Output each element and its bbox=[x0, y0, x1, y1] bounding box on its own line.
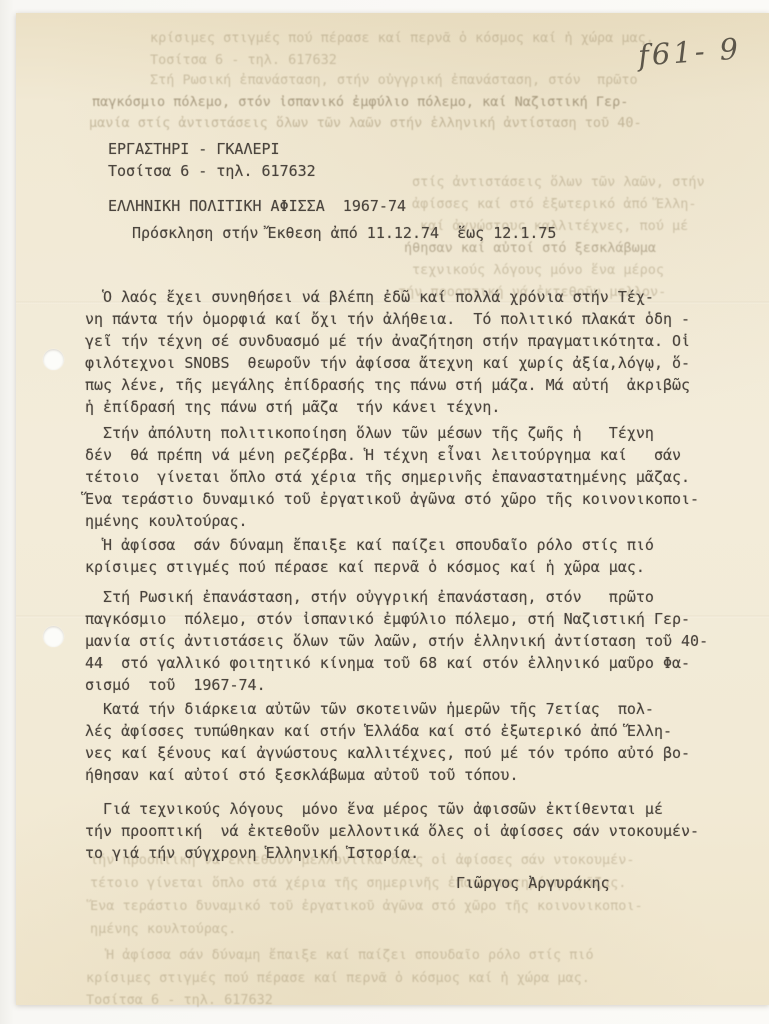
handwritten-catalog-number: f61- 9 bbox=[637, 31, 742, 72]
invitation-dates-line: Πρόσκληση στήν Ἔκθεση ἀπό 11.12.74 ἕως 1… bbox=[132, 222, 556, 244]
bleedthrough-line: Τοσίτσα 6 - τηλ. 617632 bbox=[150, 49, 337, 71]
body-paragraph: Γιά τεχνικούς λόγους μόνο ἕνα μέρος τῶν … bbox=[85, 798, 699, 864]
body-paragraph: Ὁ λαός ἔχει συνηθήσει νά βλέπη ἐδῶ καί π… bbox=[85, 286, 690, 418]
bleedthrough-line: παγκόσμιο πόλεμο, στόν ἰσπανικό ἐμφύλιο … bbox=[92, 91, 628, 113]
bleedthrough-line: στίς ἀντιστάσεις ὅλων τῶν λαῶν, στήν bbox=[412, 171, 705, 193]
paper-sheet: κρίσιμες στιγμές πού πέρασε καί περνᾶ ὁ … bbox=[16, 13, 769, 1005]
body-paragraph: Ἡ ἀφίσσα σάν δύναμη ἔπαιξε καί παίζει σπ… bbox=[85, 534, 654, 578]
bleedthrough-line: μανία στίς ἀντιστάσεις ὅλων τῶν λαῶν στή… bbox=[89, 112, 642, 134]
bleedthrough-line: Τοσίτσα 6 - τηλ. 617632 bbox=[86, 989, 273, 1011]
gallery-address-phone: Τοσίτσα 6 - τηλ. 617632 bbox=[108, 160, 316, 182]
bleedthrough-line: ἀφίσσες καί στό ἐξωτερικό ἀπό Ἕλλη- bbox=[412, 193, 696, 215]
bleedthrough-line: κρίσιμες στιγμές πού πέρασε καί περνᾶ ὁ … bbox=[150, 27, 654, 49]
bleedthrough-line: τεχνικούς λόγους μόνο ἕνα μέρος bbox=[412, 259, 664, 281]
author-signature: Γιῶργος Ἀργυράκης bbox=[456, 872, 610, 894]
gallery-name: ΕΡΓΑΣΤΗΡΙ - ΓΚΑΛΕΡΙ bbox=[108, 138, 280, 160]
bleedthrough-line: Ἕνα τεράστιο δυναμικό τοῦ ἐργατικοῦ ἀγῶν… bbox=[90, 895, 643, 917]
bleedthrough-line: ημένης κουλτούρας. bbox=[90, 918, 236, 940]
body-paragraph: Στή Ρωσική ἐπανάσταση, στήν οὐγγρική ἐπα… bbox=[85, 586, 708, 696]
bleedthrough-line: Στή Ρωσική ἐπανάσταση, στήν οὐγγρική ἐπα… bbox=[150, 69, 638, 91]
punch-hole-bottom bbox=[43, 626, 64, 647]
body-paragraph: Κατά τήν διάρκεια αὐτῶν τῶν σκοτεινῶν ἡμ… bbox=[85, 698, 690, 786]
exhibition-title: ΕΛΛΗΝΙΚΗ ΠΟΛΙΤΙΚΗ ΑΦΙΣΣΑ 1967-74 bbox=[108, 195, 406, 217]
body-paragraph: Στήν ἀπόλυτη πολιτικοποίηση ὅλων τῶν μέσ… bbox=[85, 422, 699, 532]
punch-hole-top bbox=[43, 349, 64, 370]
bleedthrough-line: κρίσιμες στιγμές πού πέρασε καί περνᾶ ὁ … bbox=[86, 967, 590, 989]
bleedthrough-line: Ἡ ἀφίσσα σάν δύναμη ἔπαιξε καί παίζει σπ… bbox=[106, 944, 594, 966]
